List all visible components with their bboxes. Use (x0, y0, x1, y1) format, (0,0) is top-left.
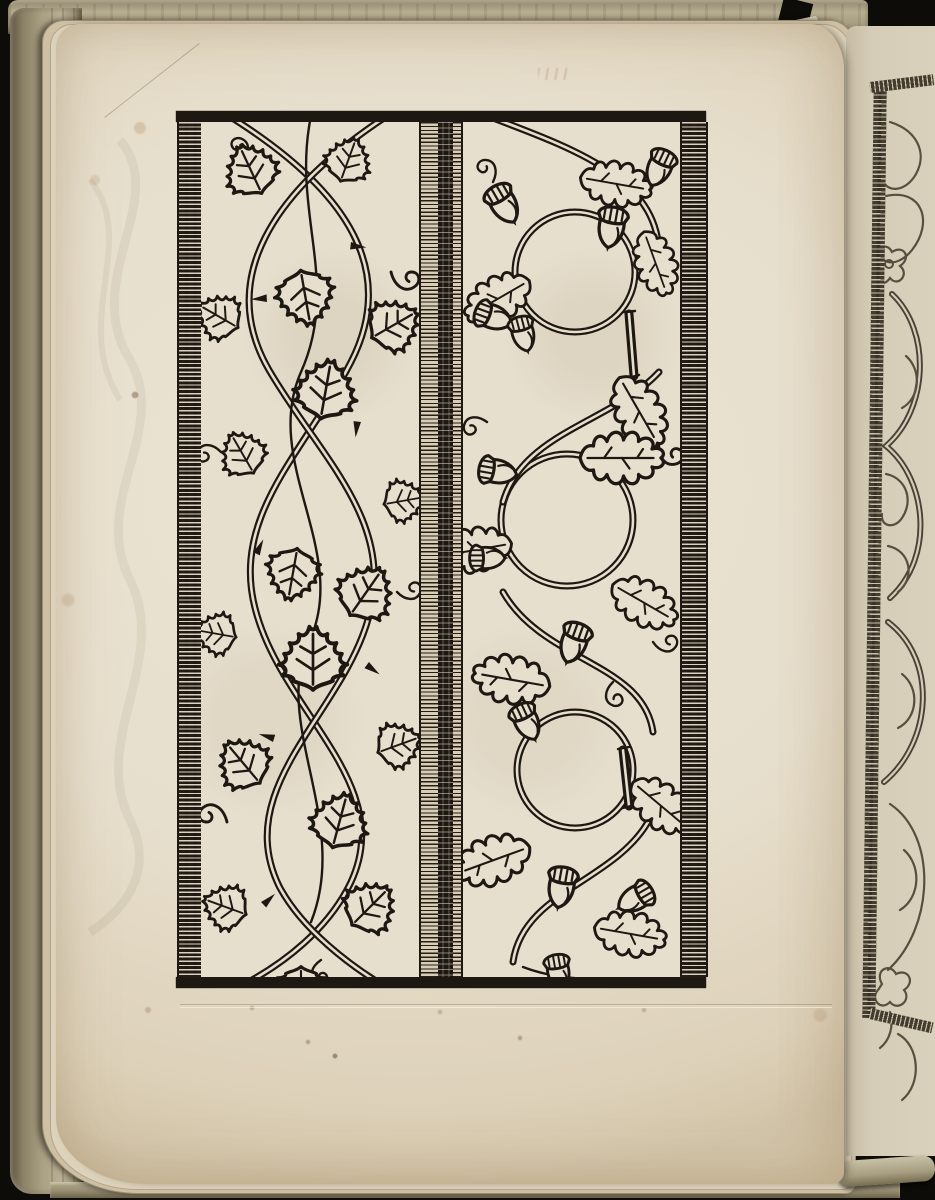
vine-leaves (201, 130, 419, 977)
vine-leaf-panel (201, 122, 419, 977)
divider-hatch-left (419, 122, 440, 977)
acanthus-scroll-svg (846, 26, 935, 1156)
oak-svg (463, 122, 680, 977)
frame-bottom-bar (176, 977, 706, 988)
next-page-fore-edge (846, 26, 935, 1156)
woodcut-frame (176, 111, 706, 988)
frame-right-hatch-border (680, 122, 708, 977)
ghost-showthrough (60, 120, 180, 940)
trumpet-flower (875, 968, 910, 1048)
oak-acorn-panel (463, 122, 680, 977)
book-photo-stage (0, 0, 935, 1200)
vine-svg (201, 122, 419, 977)
divider-dark-stripe (438, 122, 453, 977)
vine-stems (229, 122, 391, 977)
plate-impression-line (180, 1004, 832, 1008)
offset-smudge-mark (538, 68, 572, 80)
divider-hatch-right (453, 122, 463, 977)
frame-top-bar (176, 111, 706, 122)
cover-roll-bottom-right (837, 1155, 935, 1188)
center-divider (419, 122, 463, 977)
